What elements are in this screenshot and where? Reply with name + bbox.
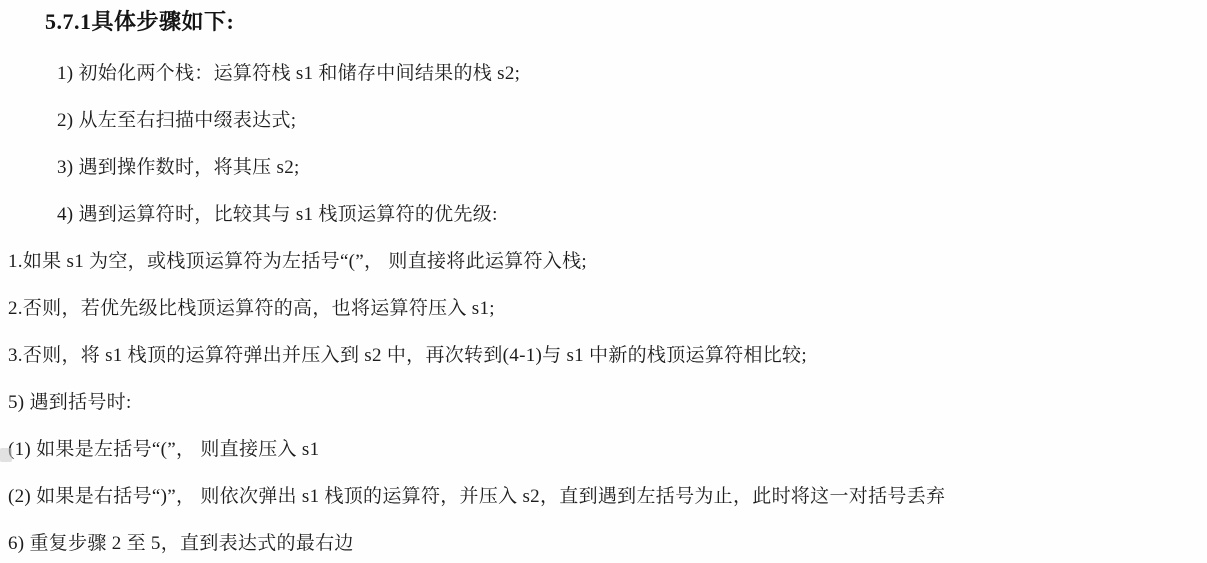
step-line: 5) 遇到括号时: <box>0 379 1207 426</box>
scan-artifact <box>0 448 12 462</box>
document-page: 5.7.1具体步骤如下: 1) 初始化两个栈：运算符栈 s1 和储存中间结果的栈… <box>0 0 1207 563</box>
step-line: (1) 如果是左括号“(”， 则直接压入 s1 <box>0 426 1207 473</box>
step-line: (2) 如果是右括号“)”， 则依次弹出 s1 栈顶的运算符，并压入 s2，直到… <box>0 473 1207 520</box>
step-line: 4) 遇到运算符时，比较其与 s1 栈顶运算符的优先级: <box>0 191 1207 238</box>
section-heading: 5.7.1具体步骤如下: <box>45 5 234 36</box>
step-line: 1.如果 s1 为空，或栈顶运算符为左括号“(”， 则直接将此运算符入栈; <box>0 238 1207 285</box>
step-line: 1) 初始化两个栈：运算符栈 s1 和储存中间结果的栈 s2; <box>0 50 1207 97</box>
step-line: 2) 从左至右扫描中缀表达式; <box>0 97 1207 144</box>
step-line: 6) 重复步骤 2 至 5，直到表达式的最右边 <box>0 520 1207 563</box>
step-line: 3) 遇到操作数时，将其压 s2; <box>0 144 1207 191</box>
steps-list: 1) 初始化两个栈：运算符栈 s1 和储存中间结果的栈 s2; 2) 从左至右扫… <box>0 50 1207 563</box>
step-line: 3.否则，将 s1 栈顶的运算符弹出并压入到 s2 中，再次转到(4-1)与 s… <box>0 332 1207 379</box>
step-line: 2.否则，若优先级比栈顶运算符的高，也将运算符压入 s1; <box>0 285 1207 332</box>
